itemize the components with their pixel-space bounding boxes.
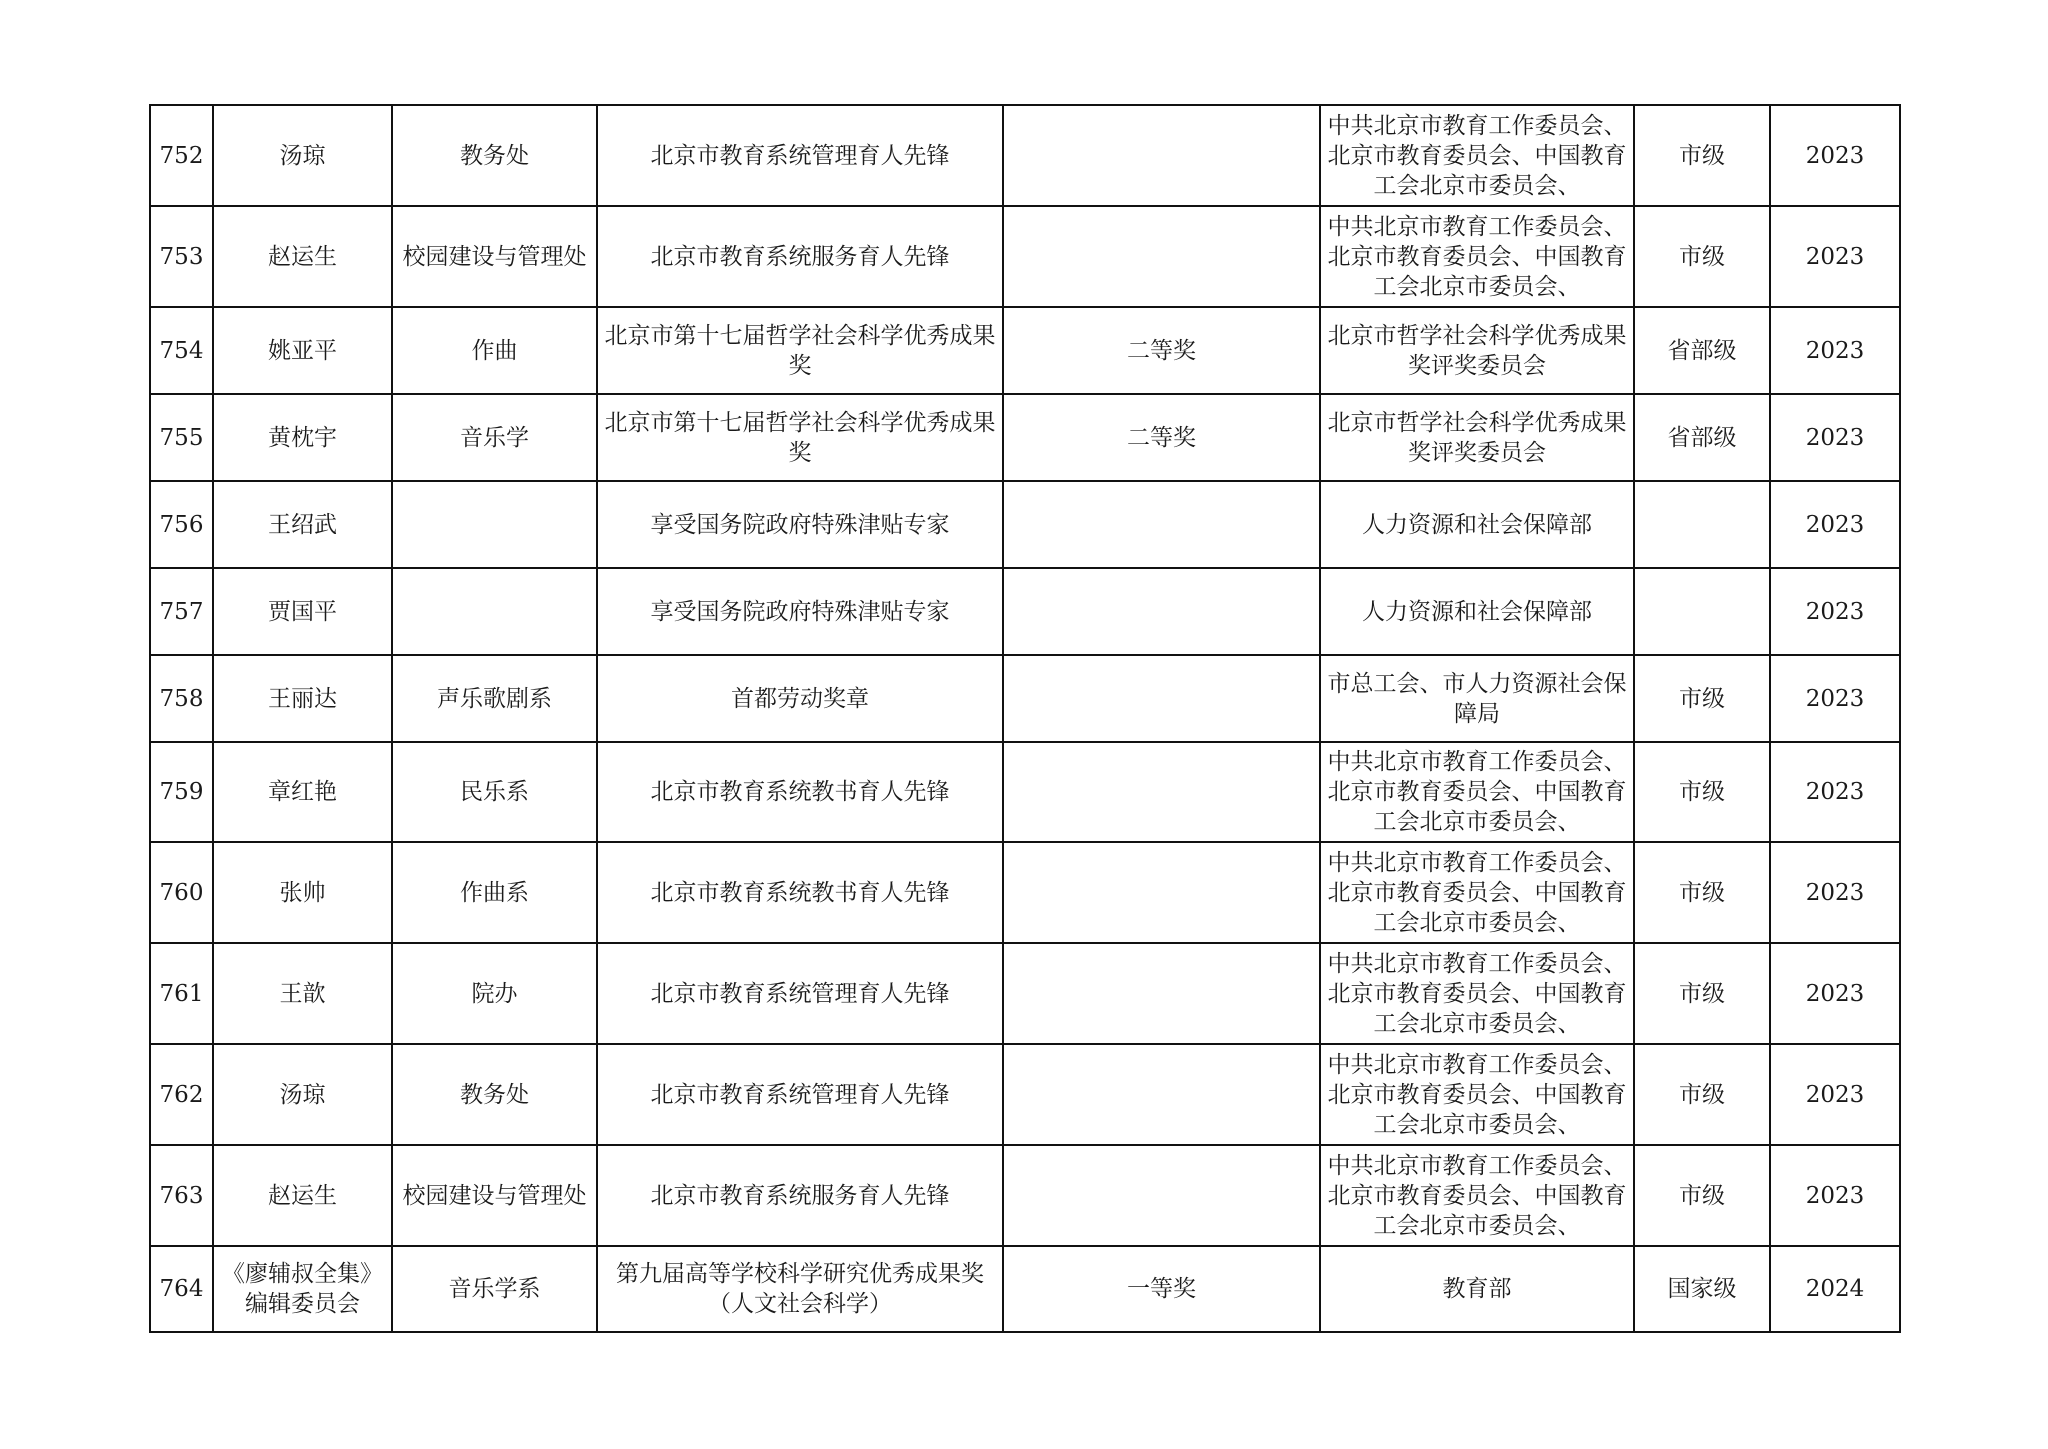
cell-level: 市级 (1634, 1044, 1770, 1145)
table-row: 756 王绍武 享受国务院政府特殊津贴专家 人力资源和社会保障部 2023 (150, 481, 1900, 568)
cell-award: 北京市教育系统教书育人先锋 (597, 842, 1003, 943)
table-row: 754 姚亚平 作曲 北京市第十七届哲学社会科学优秀成果奖 二等奖 北京市哲学社… (150, 307, 1900, 394)
cell-department: 声乐歌剧系 (392, 655, 597, 742)
cell-award: 北京市第十七届哲学社会科学优秀成果奖 (597, 307, 1003, 394)
cell-award: 享受国务院政府特殊津贴专家 (597, 568, 1003, 655)
cell-number: 752 (150, 105, 213, 206)
table-row: 764 《廖辅叔全集》编辑委员会 音乐学系 第九届高等学校科学研究优秀成果奖（人… (150, 1246, 1900, 1332)
cell-number: 755 (150, 394, 213, 481)
table-row: 761 王歆 院办 北京市教育系统管理育人先锋 中共北京市教育工作委员会、北京市… (150, 943, 1900, 1044)
cell-level: 市级 (1634, 1145, 1770, 1246)
cell-level: 市级 (1634, 206, 1770, 307)
table-row: 753 赵运生 校园建设与管理处 北京市教育系统服务育人先锋 中共北京市教育工作… (150, 206, 1900, 307)
cell-department: 民乐系 (392, 742, 597, 842)
cell-number: 757 (150, 568, 213, 655)
cell-number: 754 (150, 307, 213, 394)
table-row: 762 汤琼 教务处 北京市教育系统管理育人先锋 中共北京市教育工作委员会、北京… (150, 1044, 1900, 1145)
table-row: 755 黄枕宇 音乐学 北京市第十七届哲学社会科学优秀成果奖 二等奖 北京市哲学… (150, 394, 1900, 481)
cell-name: 张帅 (213, 842, 392, 943)
cell-year: 2023 (1770, 105, 1900, 206)
cell-grade (1003, 1044, 1320, 1145)
cell-name: 汤琼 (213, 105, 392, 206)
cell-number: 759 (150, 742, 213, 842)
cell-level: 市级 (1634, 842, 1770, 943)
cell-department (392, 481, 597, 568)
cell-level: 省部级 (1634, 394, 1770, 481)
cell-issuer: 中共北京市教育工作委员会、北京市教育委员会、中国教育工会北京市委员会、 (1320, 842, 1634, 943)
cell-year: 2023 (1770, 1044, 1900, 1145)
cell-issuer: 市总工会、市人力资源社会保障局 (1320, 655, 1634, 742)
cell-level (1634, 568, 1770, 655)
cell-issuer: 人力资源和社会保障部 (1320, 481, 1634, 568)
cell-level: 市级 (1634, 105, 1770, 206)
cell-name: 汤琼 (213, 1044, 392, 1145)
cell-year: 2023 (1770, 568, 1900, 655)
cell-year: 2023 (1770, 1145, 1900, 1246)
cell-issuer: 北京市哲学社会科学优秀成果奖评奖委员会 (1320, 307, 1634, 394)
cell-issuer: 中共北京市教育工作委员会、北京市教育委员会、中国教育工会北京市委员会、 (1320, 742, 1634, 842)
cell-number: 758 (150, 655, 213, 742)
cell-number: 756 (150, 481, 213, 568)
cell-issuer: 教育部 (1320, 1246, 1634, 1332)
cell-department: 作曲 (392, 307, 597, 394)
cell-award: 北京市教育系统服务育人先锋 (597, 206, 1003, 307)
cell-award: 享受国务院政府特殊津贴专家 (597, 481, 1003, 568)
cell-number: 760 (150, 842, 213, 943)
cell-grade: 二等奖 (1003, 307, 1320, 394)
cell-year: 2023 (1770, 655, 1900, 742)
cell-level: 省部级 (1634, 307, 1770, 394)
cell-issuer: 中共北京市教育工作委员会、北京市教育委员会、中国教育工会北京市委员会、 (1320, 1044, 1634, 1145)
cell-grade: 二等奖 (1003, 394, 1320, 481)
cell-award: 北京市教育系统管理育人先锋 (597, 1044, 1003, 1145)
cell-issuer: 中共北京市教育工作委员会、北京市教育委员会、中国教育工会北京市委员会、 (1320, 943, 1634, 1044)
table-row: 763 赵运生 校园建设与管理处 北京市教育系统服务育人先锋 中共北京市教育工作… (150, 1145, 1900, 1246)
cell-department: 校园建设与管理处 (392, 206, 597, 307)
cell-award: 北京市教育系统管理育人先锋 (597, 105, 1003, 206)
cell-grade (1003, 842, 1320, 943)
cell-year: 2024 (1770, 1246, 1900, 1332)
cell-number: 764 (150, 1246, 213, 1332)
table-row: 752 汤琼 教务处 北京市教育系统管理育人先锋 中共北京市教育工作委员会、北京… (150, 105, 1900, 206)
cell-year: 2023 (1770, 943, 1900, 1044)
cell-department: 教务处 (392, 105, 597, 206)
cell-name: 《廖辅叔全集》编辑委员会 (213, 1246, 392, 1332)
cell-level: 市级 (1634, 742, 1770, 842)
cell-issuer: 人力资源和社会保障部 (1320, 568, 1634, 655)
cell-department: 音乐学系 (392, 1246, 597, 1332)
cell-year: 2023 (1770, 206, 1900, 307)
cell-grade (1003, 943, 1320, 1044)
cell-department (392, 568, 597, 655)
cell-department: 院办 (392, 943, 597, 1044)
cell-number: 763 (150, 1145, 213, 1246)
cell-name: 章红艳 (213, 742, 392, 842)
cell-award: 北京市第十七届哲学社会科学优秀成果奖 (597, 394, 1003, 481)
table-row: 757 贾国平 享受国务院政府特殊津贴专家 人力资源和社会保障部 2023 (150, 568, 1900, 655)
cell-department: 校园建设与管理处 (392, 1145, 597, 1246)
cell-award: 第九届高等学校科学研究优秀成果奖（人文社会科学） (597, 1246, 1003, 1332)
cell-number: 761 (150, 943, 213, 1044)
cell-department: 教务处 (392, 1044, 597, 1145)
cell-grade (1003, 481, 1320, 568)
cell-grade (1003, 742, 1320, 842)
cell-grade (1003, 568, 1320, 655)
cell-level (1634, 481, 1770, 568)
cell-award: 北京市教育系统服务育人先锋 (597, 1145, 1003, 1246)
cell-name: 黄枕宇 (213, 394, 392, 481)
cell-year: 2023 (1770, 394, 1900, 481)
cell-level: 国家级 (1634, 1246, 1770, 1332)
cell-award: 北京市教育系统管理育人先锋 (597, 943, 1003, 1044)
cell-issuer: 中共北京市教育工作委员会、北京市教育委员会、中国教育工会北京市委员会、 (1320, 1145, 1634, 1246)
cell-award: 首都劳动奖章 (597, 655, 1003, 742)
awards-table: 752 汤琼 教务处 北京市教育系统管理育人先锋 中共北京市教育工作委员会、北京… (149, 104, 1901, 1333)
cell-grade: 一等奖 (1003, 1246, 1320, 1332)
cell-grade (1003, 206, 1320, 307)
cell-name: 贾国平 (213, 568, 392, 655)
cell-name: 赵运生 (213, 206, 392, 307)
cell-year: 2023 (1770, 481, 1900, 568)
cell-grade (1003, 105, 1320, 206)
cell-name: 王丽达 (213, 655, 392, 742)
cell-year: 2023 (1770, 742, 1900, 842)
cell-level: 市级 (1634, 943, 1770, 1044)
table-row: 758 王丽达 声乐歌剧系 首都劳动奖章 市总工会、市人力资源社会保障局 市级 … (150, 655, 1900, 742)
table-body: 752 汤琼 教务处 北京市教育系统管理育人先锋 中共北京市教育工作委员会、北京… (150, 105, 1900, 1332)
cell-year: 2023 (1770, 307, 1900, 394)
cell-grade (1003, 655, 1320, 742)
table-row: 759 章红艳 民乐系 北京市教育系统教书育人先锋 中共北京市教育工作委员会、北… (150, 742, 1900, 842)
cell-issuer: 中共北京市教育工作委员会、北京市教育委员会、中国教育工会北京市委员会、 (1320, 105, 1634, 206)
cell-department: 音乐学 (392, 394, 597, 481)
cell-level: 市级 (1634, 655, 1770, 742)
cell-name: 王歆 (213, 943, 392, 1044)
cell-award: 北京市教育系统教书育人先锋 (597, 742, 1003, 842)
cell-name: 王绍武 (213, 481, 392, 568)
cell-issuer: 北京市哲学社会科学优秀成果奖评奖委员会 (1320, 394, 1634, 481)
cell-year: 2023 (1770, 842, 1900, 943)
cell-number: 753 (150, 206, 213, 307)
cell-name: 姚亚平 (213, 307, 392, 394)
cell-name: 赵运生 (213, 1145, 392, 1246)
cell-grade (1003, 1145, 1320, 1246)
cell-issuer: 中共北京市教育工作委员会、北京市教育委员会、中国教育工会北京市委员会、 (1320, 206, 1634, 307)
cell-department: 作曲系 (392, 842, 597, 943)
cell-number: 762 (150, 1044, 213, 1145)
table-row: 760 张帅 作曲系 北京市教育系统教书育人先锋 中共北京市教育工作委员会、北京… (150, 842, 1900, 943)
